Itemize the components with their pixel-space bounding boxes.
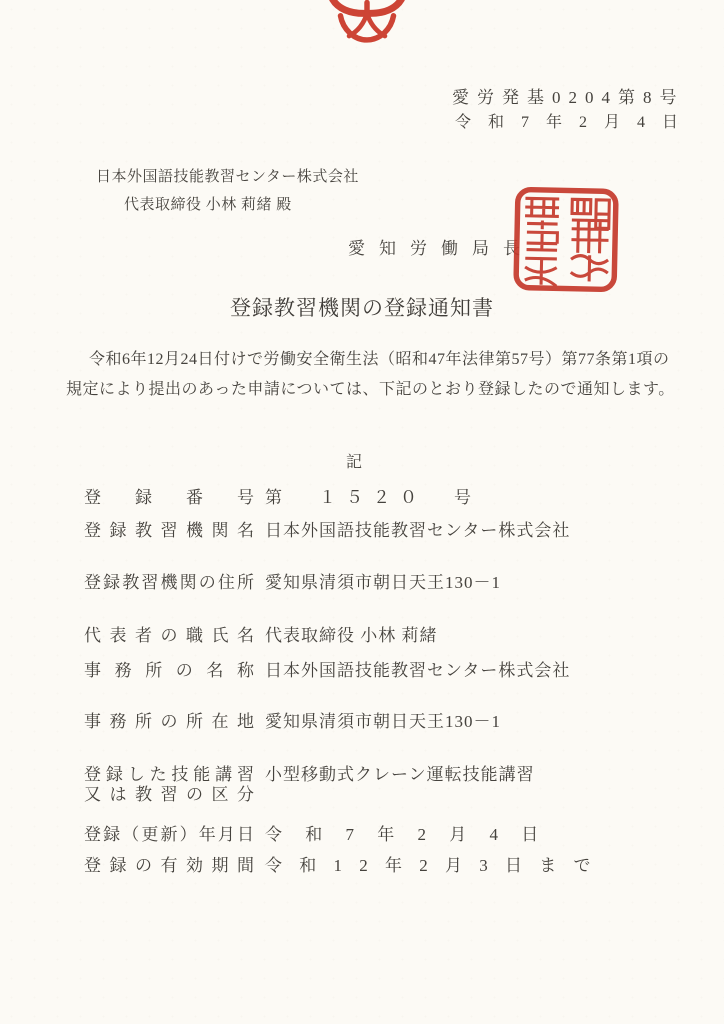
ki-marker: 記 bbox=[0, 449, 708, 472]
row-value: 日本外国語技能教習センター株式会社 bbox=[265, 661, 570, 681]
body-paragraph-line1: 令和6年12月24日付けで労働安全衛生法（昭和47年法律第57号）第77条第1項… bbox=[89, 351, 670, 369]
row-label: 登録教習機関名 bbox=[84, 521, 254, 541]
row-value: 代表取締役 小林 莉緒 bbox=[265, 626, 438, 646]
row-office-address: 事務所の所在地 愛知県清須市朝日天王130－1 bbox=[84, 712, 501, 732]
row-registration-date: 登録（更新）年月日 令 和 7 年 2 月 4 日 bbox=[84, 825, 540, 845]
row-institution-address: 登録教習機関の住所 愛知県清須市朝日天王130－1 bbox=[84, 573, 501, 593]
document-date: 令 和 7 年 2 月 4 日 bbox=[455, 114, 679, 132]
row-label: 登録の有効期間 bbox=[84, 856, 254, 876]
row-label-line2: 又は教習の区分 bbox=[84, 785, 254, 805]
row-value: 愛知県清須市朝日天王130－1 bbox=[265, 712, 501, 732]
document-number: 愛労発基0204第8号 bbox=[452, 88, 685, 108]
issuer-title: 愛知労働局長 bbox=[348, 239, 534, 259]
row-office-name: 事務所の名称 日本外国語技能教習センター株式会社 bbox=[84, 661, 570, 681]
row-representative-name: 代表者の職氏名 代表取締役 小林 莉緒 bbox=[84, 626, 438, 646]
row-label: 事務所の名称 bbox=[84, 661, 254, 681]
row-label: 登録（更新）年月日 bbox=[84, 825, 254, 845]
row-registration-number: 登録番号 第 １５２０ 号 bbox=[84, 488, 481, 508]
row-value: 小型移動式クレーン運転技能講習 bbox=[265, 765, 535, 785]
header-logo-icon bbox=[328, 0, 406, 48]
document-title: 登録教習機関の登録通知書 bbox=[0, 297, 724, 320]
row-value: 令 和 7 年 2 月 4 日 bbox=[265, 825, 540, 845]
row-label: 登録教習機関の住所 bbox=[84, 573, 254, 593]
row-label-line1: 登録した技能講習 bbox=[84, 765, 254, 785]
official-seal-icon bbox=[508, 184, 624, 295]
row-registered-course: 登録した技能講習又は教習の区分 小型移動式クレーン運転技能講習 bbox=[84, 765, 535, 806]
row-label: 登録した技能講習又は教習の区分 bbox=[84, 765, 254, 806]
row-label: 事務所の所在地 bbox=[84, 712, 254, 732]
recipient-company: 日本外国語技能教習センター株式会社 bbox=[96, 169, 359, 186]
row-validity-period: 登録の有効期間 令 和 1 2 年 2 月 3 日 ま で bbox=[84, 856, 593, 876]
row-value: 愛知県清須市朝日天王130－1 bbox=[265, 573, 501, 593]
document-page: 愛労発基0204第8号 令 和 7 年 2 月 4 日 日本外国語技能教習センタ… bbox=[0, 0, 724, 1024]
row-label: 登録番号 bbox=[84, 488, 254, 508]
recipient-representative: 代表取締役 小林 莉緒 殿 bbox=[124, 197, 292, 214]
row-value: 日本外国語技能教習センター株式会社 bbox=[265, 521, 570, 541]
row-label: 代表者の職氏名 bbox=[84, 626, 254, 646]
row-value: 第 １５２０ 号 bbox=[265, 488, 481, 508]
body-paragraph-line2: 規定により提出のあった申請については、下記のとおり登録したので通知します。 bbox=[66, 381, 675, 399]
row-value: 令 和 1 2 年 2 月 3 日 ま で bbox=[265, 856, 593, 876]
row-institution-name: 登録教習機関名 日本外国語技能教習センター株式会社 bbox=[84, 521, 570, 541]
